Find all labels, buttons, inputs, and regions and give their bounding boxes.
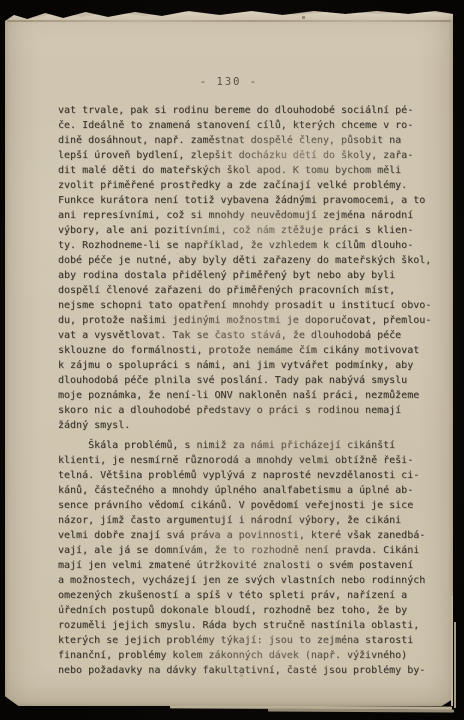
text-line: telná. Většina problémů vyplývá z napros… [58,468,442,483]
text-line: kánů, částečného a mnohdy úplného analfa… [58,483,442,498]
text-line: dit malé děti do mateřských škol apod. K… [58,163,442,178]
text-line: dině dosáhnout, např. zaměstnat dospělé … [58,133,442,148]
text-line: dobé péče je nutné, aby byly děti zařaze… [58,253,442,268]
text-line: velmi dobře znají svá práva a povinnosti… [58,528,442,543]
paper-specks [5,7,6,8]
text-line: dlouhodobá péče plnila své poslání. Tady… [58,373,442,388]
text-line: aby rodina dostala přidělený přiměřený b… [58,268,442,283]
text-line: du, protože našimi jedinými možnostmi je… [58,313,442,328]
text-line: ani represívními, což si mnohdy neuvědom… [58,208,442,223]
text-line: kterých se jejich problémy týkají: jsou … [58,633,442,648]
paragraph-2: Škála problémů, s nimiž za námi přicháze… [58,438,442,678]
text-line: moje poznámka, že není-li ONV nakloněn n… [58,388,442,403]
text-line: ty. Rozhodneme-li se například, že vzhle… [58,238,442,253]
text-line: žádný smysl. [58,418,442,433]
text-line: omezených zkušeností a spíš v této splet… [58,588,442,603]
body-text: vat trvale, pak si rodinu bereme do dlou… [58,103,442,678]
text-line: k zájmu o spolupráci s námi, ani jim vyt… [58,358,442,373]
page-stack-edge [268,709,454,713]
page-stack-edge [454,622,456,708]
text-line: a možnostech, vycházejí jen ze svých vla… [58,573,442,588]
text-line: Škála problémů, s nimiž za námi přicháze… [58,438,442,453]
text-line: vají, ale já se domnívám, že to rozhodně… [58,543,442,558]
text-line: lepší úroveň bydlení, zlepšit docházku d… [58,148,442,163]
text-line: dospělí členové zařazeni do přiměřených … [58,283,442,298]
text-line: nejsme schopni tato opatření mnohdy pros… [58,298,442,313]
scan-background: - 130 - vat trvale, pak si rodinu bereme… [0,0,464,720]
text-line: vat trvale, pak si rodinu bereme do dlou… [58,103,442,118]
text-line: úředních postupů dokonale bloudí, rozhod… [58,603,442,618]
text-line: sence právního vědomí cikánů. V povědomí… [58,498,442,513]
document-page: - 130 - vat trvale, pak si rodinu bereme… [5,7,453,706]
text-line: Funkce kurátora není totiž vybavena žádn… [58,193,442,208]
text-line: rozuměli jejich smyslu. Ráda bych stručn… [58,618,442,633]
page-stack-edge [451,596,453,706]
torn-paper-edge [5,7,453,25]
text-line: sklouzne do formálnosti, protože nemáme … [58,343,442,358]
text-line: klienti, je nesmírně různorodá a mnohdy … [58,453,442,468]
text-line: výbory, ale ani pozitívními, což nám ztě… [58,223,442,238]
text-line: če. Ideálně to znamená stanovení cílů, k… [58,118,442,133]
page-number: - 130 - [5,76,453,88]
text-line: mají jen velmi zmatené útržkovité znalos… [58,558,442,573]
text-line: vat a vysvětlovat. Tak se často stává, ž… [58,328,442,343]
text-line: finanční, problémy kolem zákonných dávek… [58,648,442,663]
paragraph-1: vat trvale, pak si rodinu bereme do dlou… [58,103,442,433]
text-line: zvolit přiměřené prostředky a zde začína… [58,178,442,193]
text-line: názor, jímž často argumentují i národní … [58,513,442,528]
text-line: skoro nic a dlouhodobé představy o práci… [58,403,442,418]
text-line: nebo požadavky na dávky fakultativní, ča… [58,663,442,678]
paper-crease [7,20,451,22]
